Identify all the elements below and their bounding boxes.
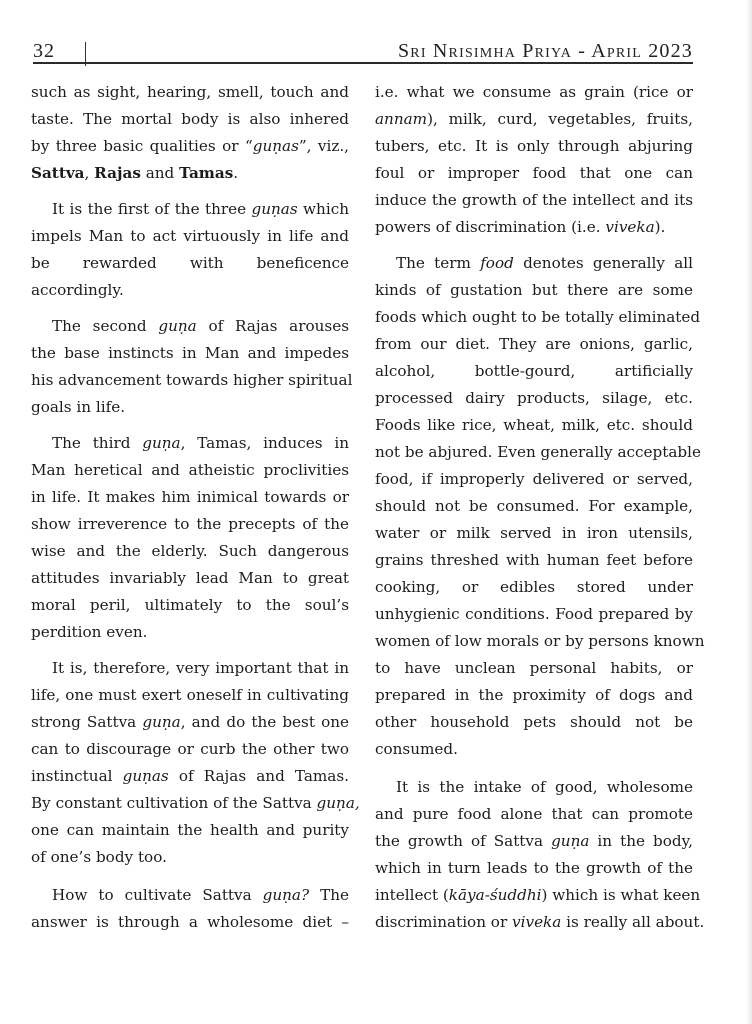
text-line: By constant cultivation of the Sattva gu… — [31, 793, 349, 813]
italic-term: viveka — [512, 913, 561, 931]
text-line: discrimination or viveka is really all a… — [375, 912, 693, 932]
italic-term: guṇa, — [317, 794, 360, 812]
text-run: ) which is what keen — [541, 886, 700, 904]
text-line: How to cultivate Sattva guṇa? The — [52, 885, 349, 905]
text-line: moral peril, ultimately to the soul’s — [31, 595, 349, 615]
italic-term: guṇa — [158, 317, 196, 335]
text-run: of Rajas and Tamas. — [169, 767, 349, 785]
text-line: alcohol, bottle-gourd, artificially — [375, 361, 693, 381]
text-line: such as sight, hearing, smell, touch and — [31, 82, 349, 102]
text-run: intellect ( — [375, 886, 449, 904]
text-line: food, if improperly delivered or served, — [375, 469, 693, 489]
text-run: instinctual — [31, 767, 123, 785]
italic-term: guṇa? — [263, 886, 309, 904]
text-run: The third — [52, 434, 142, 452]
text-line: of one’s body too. — [31, 847, 167, 867]
bold-term: Sattva — [31, 164, 85, 182]
text-line: i.e. what we consume as grain (rice or — [375, 82, 693, 102]
text-line: from our diet. They are onions, garlic, — [375, 334, 693, 354]
text-line: perdition even. — [31, 622, 147, 642]
text-line: wise and the elderly. Such dangerous — [31, 541, 349, 561]
italic-term: kāya-śuddhi — [449, 886, 542, 904]
text-line: can to discourage or curb the other two — [31, 739, 349, 759]
right-column: i.e. what we consume as grain (rice oran… — [375, 0, 695, 1024]
text-run: The — [309, 886, 349, 904]
text-line: foul or improper food that one can — [375, 163, 693, 183]
italic-term: guṇa — [551, 832, 589, 850]
text-line: in life. It makes him inimical towards o… — [31, 487, 349, 507]
text-line: show irreverence to the precepts of the — [31, 514, 349, 534]
text-line: by three basic qualities or “guṇas”, viz… — [31, 136, 349, 156]
text-line: The term food denotes generally all — [396, 253, 693, 273]
text-run: which — [298, 200, 349, 218]
text-run: discrimination or — [375, 913, 512, 931]
text-run: ). — [655, 218, 666, 236]
italic-term: guṇas — [252, 200, 298, 218]
text-line: It is the intake of good, wholesome — [396, 777, 693, 797]
text-line: the base instincts in Man and impedes — [31, 343, 349, 363]
text-line: women of low morals or by persons known — [375, 631, 693, 651]
italic-term: guṇa — [142, 434, 180, 452]
left-column: such as sight, hearing, smell, touch and… — [31, 0, 351, 1024]
text-line: The second guṇa of Rajas arouses — [52, 316, 349, 336]
text-run: , Tamas, induces in — [181, 434, 349, 452]
text-run: and — [141, 164, 179, 182]
text-line: annam), milk, curd, vegetables, fruits, — [375, 109, 693, 129]
text-line: one can maintain the health and purity — [31, 820, 349, 840]
text-line: the growth of Sattva guṇa in the body, — [375, 831, 693, 851]
text-line: taste. The mortal body is also inhered — [31, 109, 349, 129]
bold-term: Rajas — [94, 164, 141, 182]
text-run: It is the first of the three — [52, 200, 252, 218]
text-run: , — [85, 164, 95, 182]
text-run: in the body, — [589, 832, 693, 850]
text-line: not be abjured. Even generally acceptabl… — [375, 442, 693, 462]
page-edge-shadow — [746, 0, 752, 1024]
text-line: attitudes invariably lead Man to great — [31, 568, 349, 588]
text-line: Man heretical and atheistic proclivities — [31, 460, 349, 480]
text-line: and pure food alone that can promote — [375, 804, 693, 824]
italic-term: guṇa — [142, 713, 180, 731]
text-line: tubers, etc. It is only through abjuring — [375, 136, 693, 156]
text-line: The third guṇa, Tamas, induces in — [52, 433, 349, 453]
text-run: . — [233, 164, 238, 182]
text-run: denotes generally all — [514, 254, 693, 272]
text-line: foods which ought to be totally eliminat… — [375, 307, 693, 327]
italic-term: guṇas — [123, 767, 169, 785]
text-run: ”, viz., — [299, 137, 349, 155]
text-line: goals in life. — [31, 397, 125, 417]
text-run: is really all about. — [561, 913, 704, 931]
italic-term: viveka — [605, 218, 654, 236]
text-line: should not be consumed. For example, — [375, 496, 693, 516]
text-line: accordingly. — [31, 280, 124, 300]
text-line: consumed. — [375, 739, 458, 759]
text-run: of Rajas arouses — [197, 317, 349, 335]
text-line: unhygienic conditions. Food prepared by — [375, 604, 693, 624]
italic-term: food — [480, 254, 514, 272]
text-line: impels Man to act virtuously in life and — [31, 226, 349, 246]
text-line: It is the first of the three guṇas which — [52, 199, 349, 219]
text-line: Foods like rice, wheat, milk, etc. shoul… — [375, 415, 693, 435]
text-run: by three basic qualities or “ — [31, 137, 253, 155]
text-run: By constant cultivation of the Sattva — [31, 794, 317, 812]
italic-term: annam — [375, 110, 427, 128]
italic-term: guṇas — [253, 137, 299, 155]
text-line: other household pets should not be — [375, 712, 693, 732]
text-run: ), milk, curd, vegetables, fruits, — [427, 110, 693, 128]
text-line: strong Sattva guṇa, and do the best one — [31, 712, 349, 732]
text-run: How to cultivate Sattva — [52, 886, 263, 904]
text-line: answer is through a wholesome diet – — [31, 912, 349, 932]
text-line: his advancement towards higher spiritual — [31, 370, 349, 390]
text-line: processed dairy products, silage, etc. — [375, 388, 693, 408]
text-line: grains threshed with human feet before — [375, 550, 693, 570]
text-line: instinctual guṇas of Rajas and Tamas. — [31, 766, 349, 786]
text-line: It is, therefore, very important that in — [52, 658, 349, 678]
text-run: The term — [396, 254, 480, 272]
text-run: , and do the best one — [181, 713, 349, 731]
text-line: prepared in the proximity of dogs and — [375, 685, 693, 705]
text-line: kinds of gustation but there are some — [375, 280, 693, 300]
text-run: the growth of Sattva — [375, 832, 551, 850]
text-line: be rewarded with beneficence — [31, 253, 349, 273]
text-line: water or milk served in iron utensils, — [375, 523, 693, 543]
magazine-page: 32 Sri Nrisimha Priya - April 2023 such … — [0, 0, 752, 1024]
bold-term: Tamas — [179, 164, 233, 182]
text-line: intellect (kāya-śuddhi) which is what ke… — [375, 885, 693, 905]
text-line: Sattva, Rajas and Tamas. — [31, 163, 238, 183]
text-line: powers of discrimination (i.e. viveka). — [375, 217, 665, 237]
text-line: to have unclean personal habits, or — [375, 658, 693, 678]
text-line: cooking, or edibles stored under — [375, 577, 693, 597]
text-run: The second — [52, 317, 158, 335]
text-line: induce the growth of the intellect and i… — [375, 190, 693, 210]
text-run: strong Sattva — [31, 713, 142, 731]
text-line: life, one must exert oneself in cultivat… — [31, 685, 349, 705]
text-line: which in turn leads to the growth of the — [375, 858, 693, 878]
text-run: powers of discrimination (i.e. — [375, 218, 605, 236]
